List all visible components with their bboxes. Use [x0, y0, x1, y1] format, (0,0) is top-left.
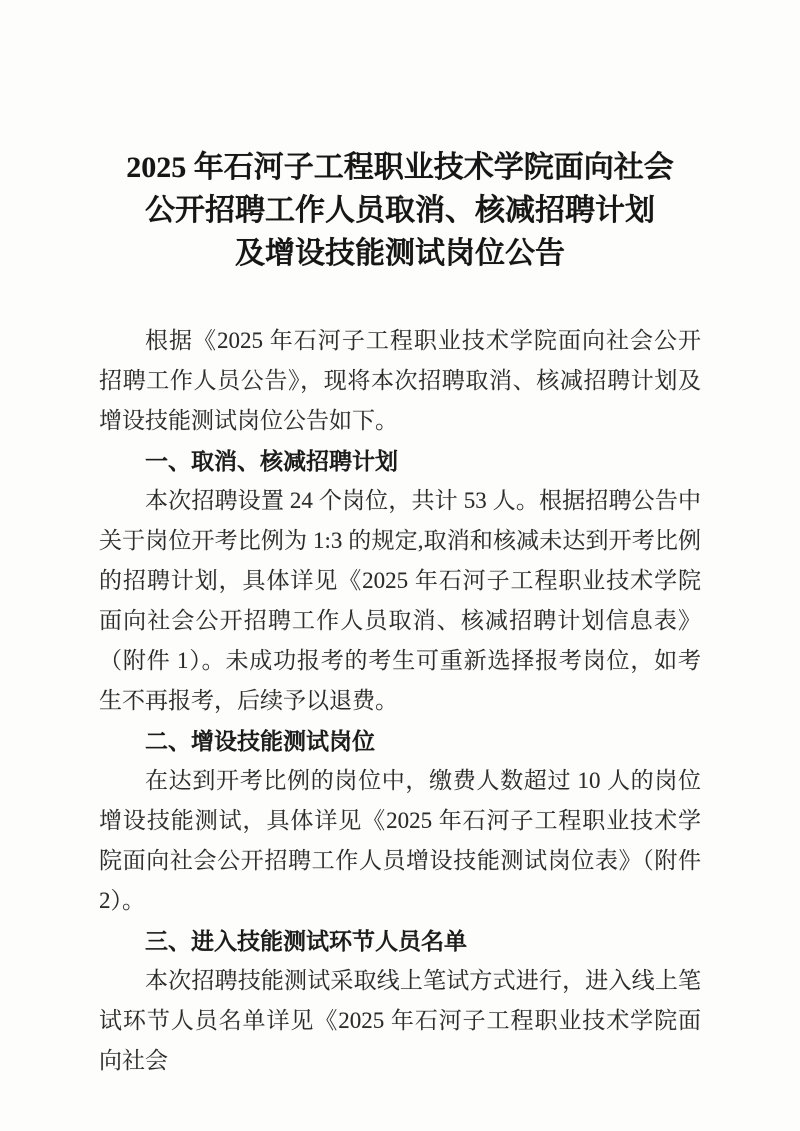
document-title-line-3: 及增设技能测试岗位公告 — [99, 232, 701, 275]
section-2-heading: 二、增设技能测试岗位 — [99, 721, 701, 761]
section-2-paragraph: 在达到开考比例的岗位中，缴费人数超过 10 人的岗位增设技能测试，具体详见《20… — [99, 761, 701, 921]
document-title: 2025 年石河子工程职业技术学院面向社会 公开招聘工作人员取消、核减招聘计划 … — [99, 146, 701, 275]
section-3-heading: 三、进入技能测试环节人员名单 — [99, 921, 701, 961]
intro-paragraph: 根据《2025 年石河子工程职业技术学院面向社会公开招聘工作人员公告》，现将本次… — [99, 321, 701, 441]
document-title-line-1: 2025 年石河子工程职业技术学院面向社会 — [99, 146, 701, 189]
section-1-paragraph: 本次招聘设置 24 个岗位，共计 53 人。根据招聘公告中关于岗位开考比例为 1… — [99, 481, 701, 721]
document-title-line-2: 公开招聘工作人员取消、核减招聘计划 — [99, 189, 701, 232]
document-content: 2025 年石河子工程职业技术学院面向社会 公开招聘工作人员取消、核减招聘计划 … — [99, 0, 701, 1081]
document-page: 2025 年石河子工程职业技术学院面向社会 公开招聘工作人员取消、核减招聘计划 … — [0, 0, 800, 1131]
section-1-heading: 一、取消、核减招聘计划 — [99, 441, 701, 481]
section-3-paragraph: 本次招聘技能测试采取线上笔试方式进行，进入线上笔试环节人员名单详见《2025 年… — [99, 961, 701, 1081]
